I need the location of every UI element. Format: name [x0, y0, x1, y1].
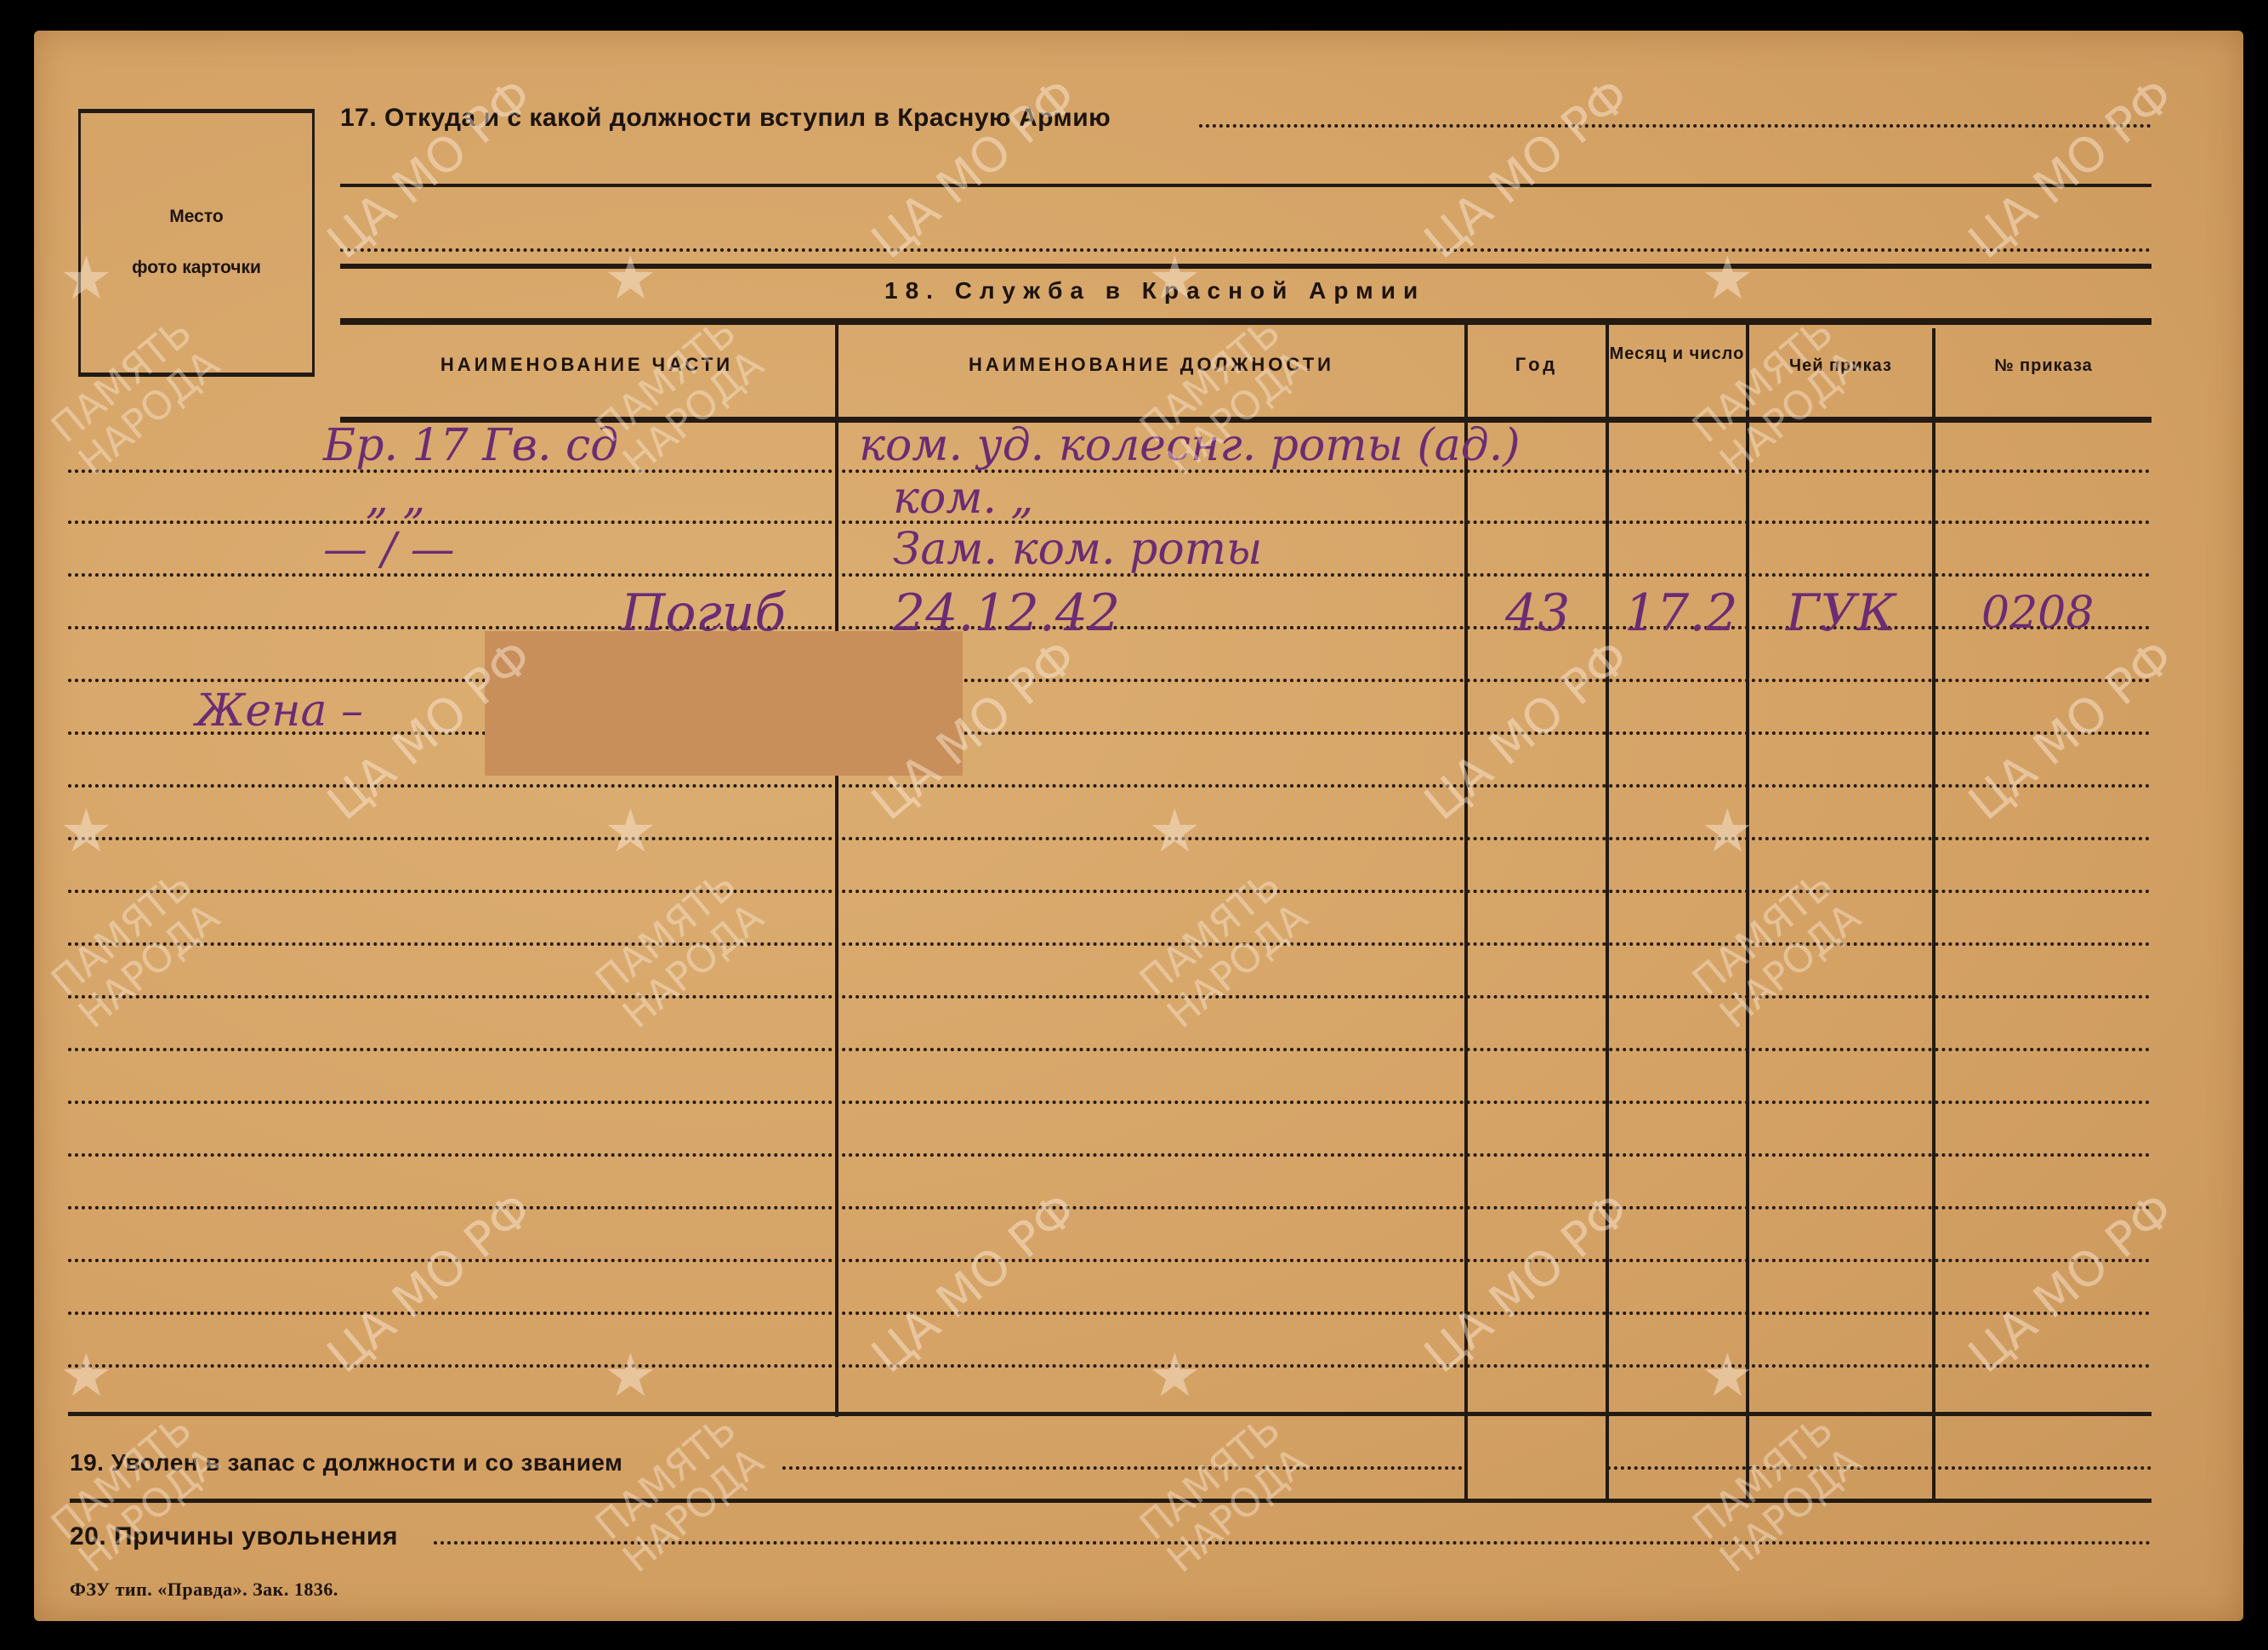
row-line — [68, 1206, 2151, 1209]
column-header-month-day: Месяц и число — [1609, 344, 1745, 364]
watermark-project: ПАМЯТЬНАРОДА — [588, 862, 771, 1036]
redacted-region — [485, 631, 963, 776]
photo-label-line2: фото карточки — [81, 258, 312, 278]
handwritten-whose-order: ГУК — [1786, 583, 1896, 643]
star-watermark-icon: ★ — [60, 796, 113, 866]
star-watermark-icon: ★ — [604, 243, 657, 313]
field-17-line-2 — [340, 184, 2151, 187]
column-header-position: НАИМЕНОВАНИЕ ДОЛЖНОСТИ — [838, 354, 1464, 376]
row-line — [68, 1364, 2151, 1368]
star-watermark-icon: ★ — [1148, 796, 1202, 866]
photo-label-line1: Место — [81, 207, 312, 227]
handwritten-year: 43 — [1505, 583, 1570, 643]
column-divider — [1606, 320, 1609, 1502]
star-watermark-icon: ★ — [1701, 796, 1754, 866]
field-17-dotted-line — [1199, 124, 2151, 128]
handwritten-unit-row-1: Бр. 17 Гв. сд — [323, 420, 618, 471]
field-20-dotted-line — [434, 1541, 2151, 1545]
watermark-archive: ЦА МО РФ — [1958, 1182, 2184, 1384]
service-record-card: Место фото карточки 17. Откуда и с какой… — [34, 31, 2243, 1621]
watermark-project: ПАМЯТЬНАРОДА — [1685, 1407, 1868, 1580]
row-line — [68, 1048, 2151, 1051]
star-watermark-icon: ★ — [1148, 243, 1202, 313]
handwritten-position-row-3: Зам. ком. роты — [893, 524, 1262, 575]
field-19-dotted-line — [1607, 1466, 2151, 1470]
watermark-project: ПАМЯТЬНАРОДА — [43, 862, 227, 1036]
handwritten-month-day: 17.2 — [1624, 583, 1738, 643]
photo-placeholder-box: Место фото карточки — [78, 109, 315, 377]
handwritten-unit-row-3: — / — — [323, 524, 455, 575]
star-watermark-icon: ★ — [604, 1340, 657, 1410]
row-line — [68, 1153, 2151, 1157]
column-divider — [1932, 328, 1935, 1502]
watermark-project: ПАМЯТЬНАРОДА — [1685, 310, 1868, 483]
row-line — [68, 679, 2151, 682]
column-header-order-number: № приказа — [1935, 356, 2151, 376]
row-line — [68, 1259, 2151, 1262]
star-watermark-icon: ★ — [1701, 243, 1754, 313]
printer-imprint: ФЗУ тип. «Правда». Зак. 1836. — [70, 1579, 338, 1601]
watermark-project: ПАМЯТЬНАРОДА — [1132, 862, 1316, 1036]
watermark-archive: ЦА МО РФ — [317, 1182, 543, 1384]
star-watermark-icon: ★ — [604, 796, 657, 866]
row-line — [68, 1412, 2151, 1416]
watermark-project: ПАМЯТЬНАРОДА — [43, 1407, 227, 1580]
watermark-archive: ЦА МО РФ — [861, 68, 1087, 270]
watermark-project: ПАМЯТЬНАРОДА — [1685, 862, 1868, 1036]
watermark-archive: ЦА МО РФ — [1958, 68, 2184, 270]
watermark-archive: ЦА МО РФ — [861, 1182, 1087, 1384]
watermark-archive: ЦА МО РФ — [317, 68, 543, 270]
row-line — [68, 837, 2151, 840]
row-line — [68, 1101, 2151, 1104]
watermark-project: ПАМЯТЬНАРОДА — [588, 1407, 771, 1580]
watermark-project: ПАМЯТЬНАРОДА — [1132, 1407, 1316, 1580]
row-line — [68, 995, 2151, 999]
field-19-dotted-line — [782, 1466, 1463, 1470]
rule — [70, 1499, 2151, 1503]
watermark-archive: ЦА МО РФ — [1414, 68, 1640, 270]
column-header-year: Год — [1468, 354, 1606, 376]
column-divider — [835, 320, 838, 1417]
column-divider — [1746, 320, 1749, 1502]
star-watermark-icon: ★ — [1148, 1340, 1202, 1410]
handwritten-note-wife: Жена – — [196, 686, 363, 737]
watermark-archive: ЦА МО РФ — [1958, 629, 2184, 831]
star-watermark-icon: ★ — [1701, 1340, 1754, 1410]
star-watermark-icon: ★ — [60, 1340, 113, 1410]
handwritten-unit-row-2: „ „ — [366, 473, 425, 524]
handwritten-position-row-2: ком. „ — [893, 473, 1033, 524]
star-watermark-icon: ★ — [60, 243, 113, 313]
handwritten-order-number: 0208 — [1981, 588, 2094, 639]
